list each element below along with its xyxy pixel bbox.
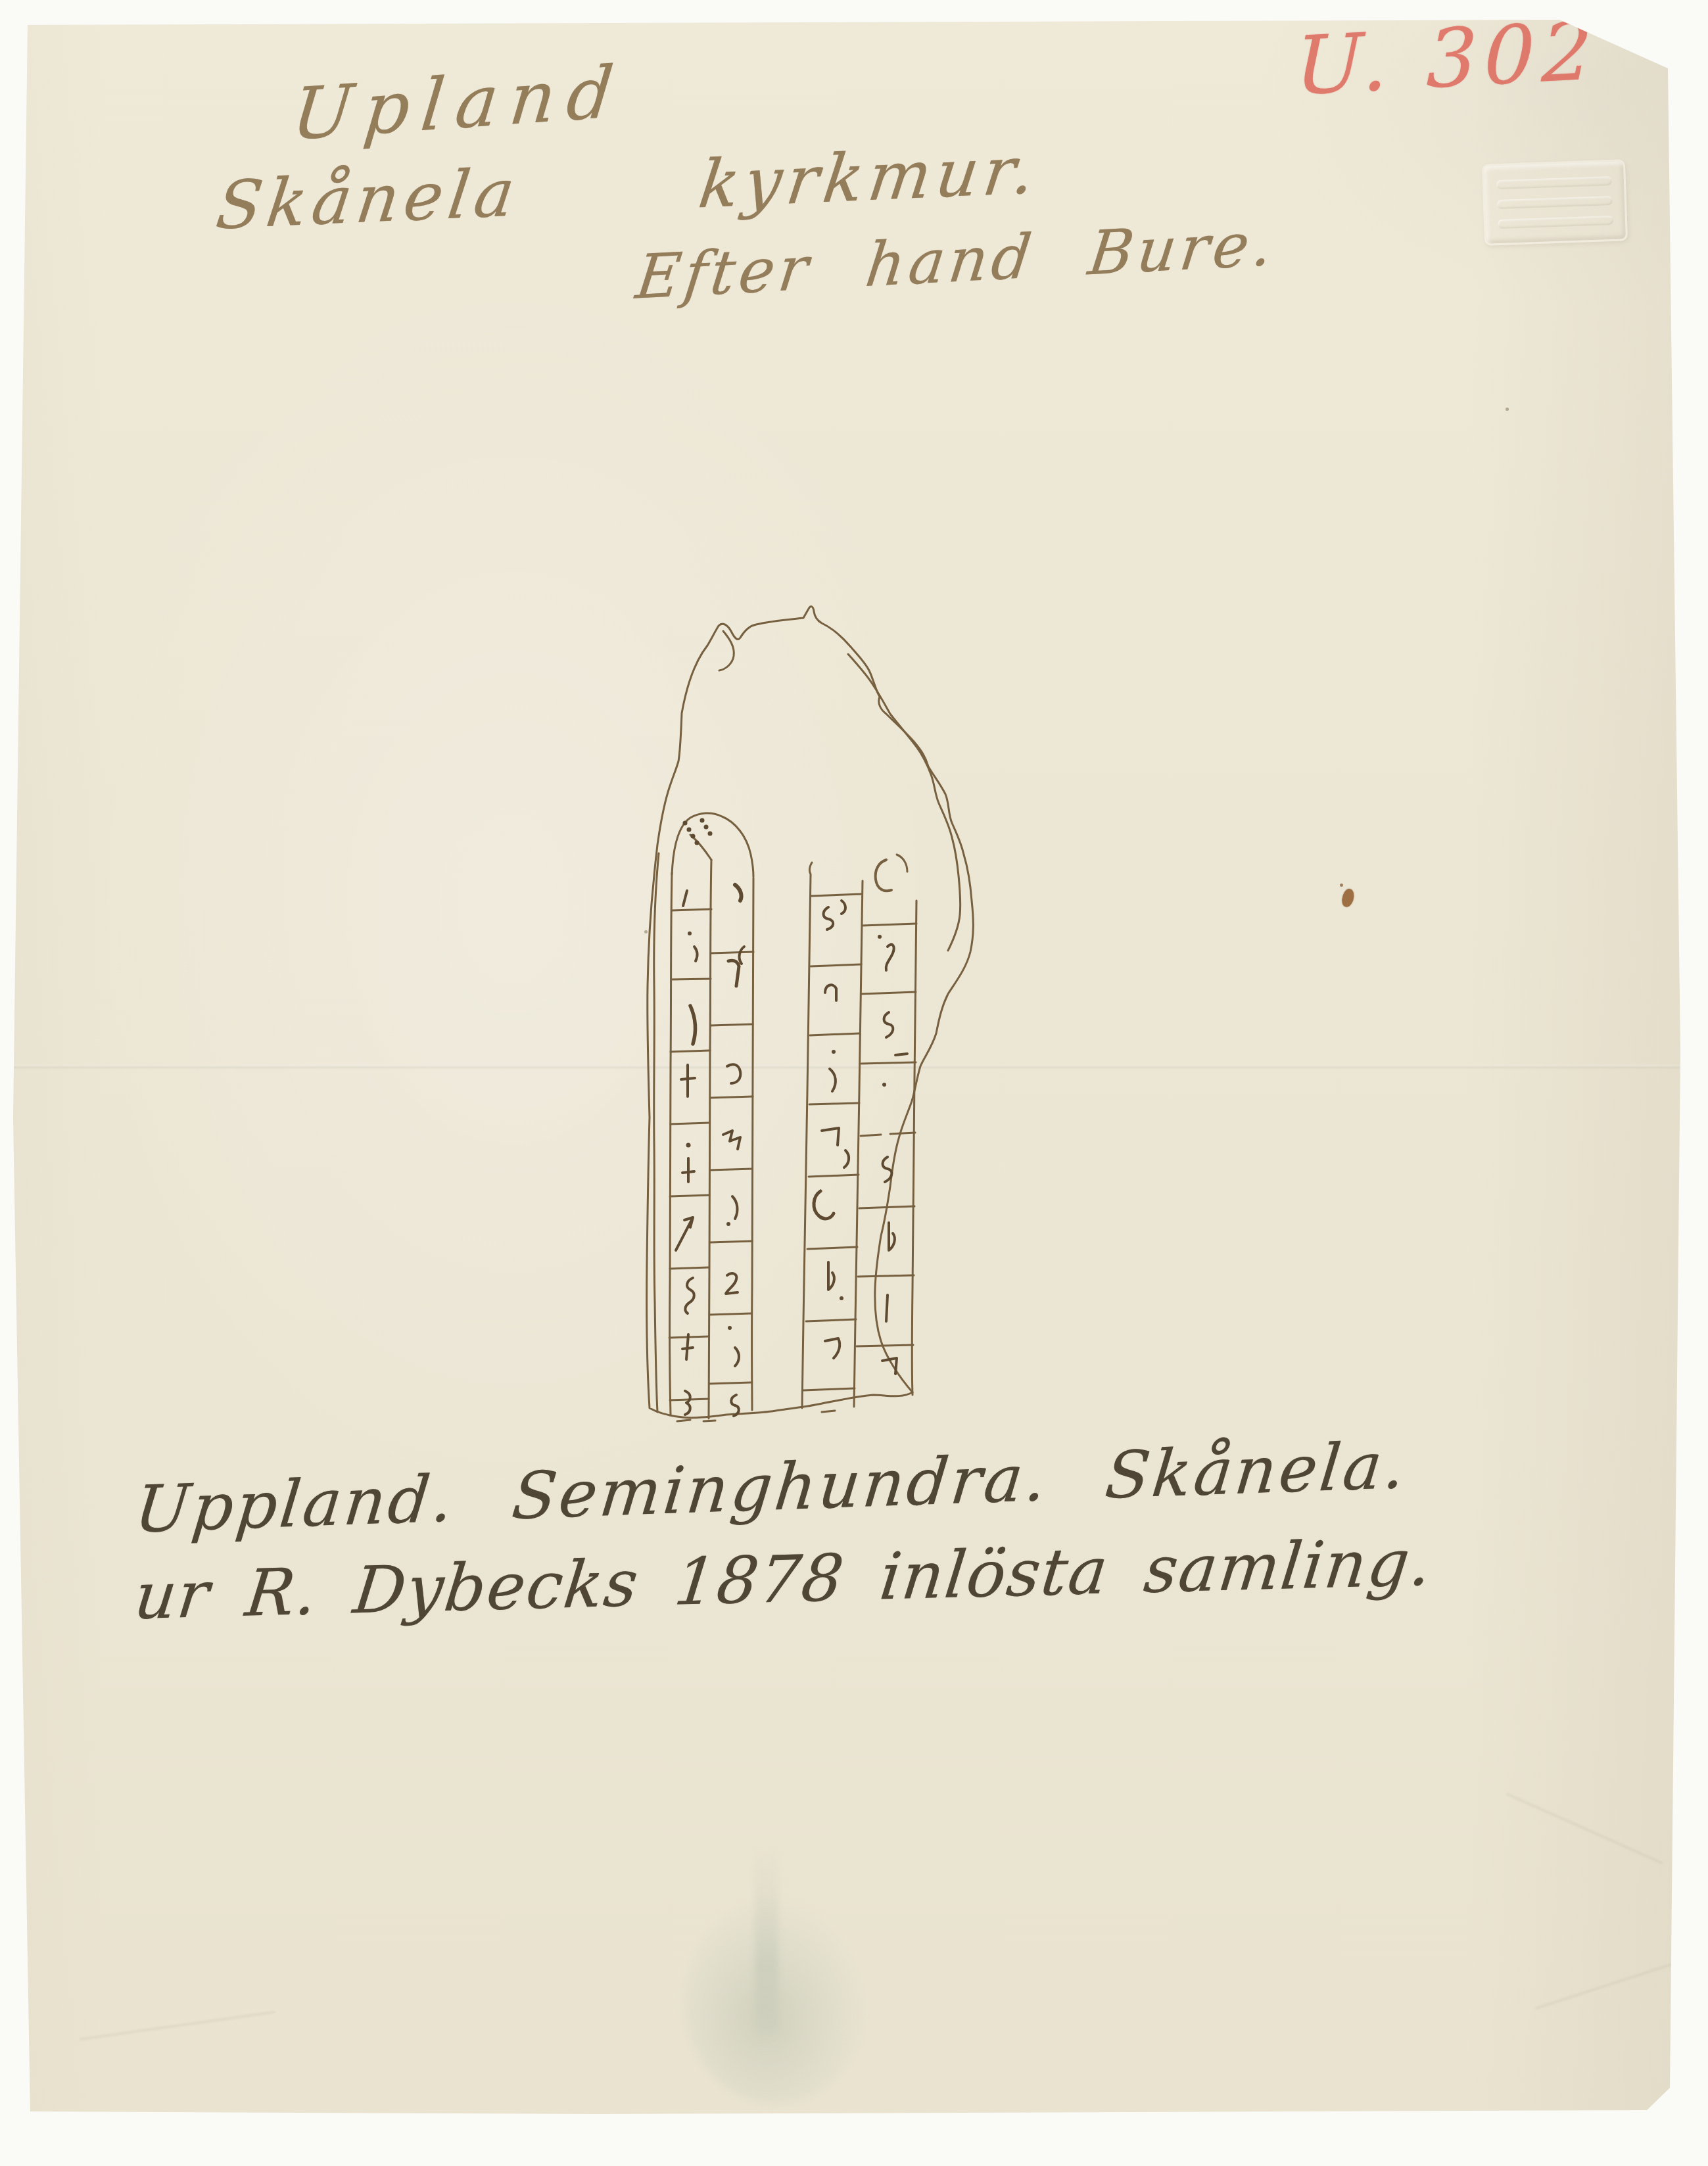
paper-speck [1506,408,1509,411]
left-band-left-col-dividers [669,909,711,1400]
runestone-drawing [625,592,1006,1446]
right-band-runes-right [878,935,907,1374]
left-band-arch-diagonal [690,835,711,860]
right-band-right-edge [912,901,916,1395]
embossed-stamp [1482,159,1628,246]
ink-fleck-dot [1340,883,1343,887]
left-band-left-edge [670,873,672,1415]
right-band-center-line [854,881,863,1407]
stamp-ridge [1497,196,1613,209]
crumple-crease [1535,1963,1673,2010]
stamp-ridge [1496,176,1612,189]
right-band-left-col-dividers [803,894,862,1390]
paper-sheet: Upland Skånela kyrkmur. Efter hand Bure.… [0,0,1708,2166]
right-band-top-curve [897,855,907,872]
caption-line2: ur R. Dybecks 1878 inlösta samling. [131,1525,1436,1634]
top-annotation-line3: Efter hand Bure. [632,208,1281,313]
right-band-top-cap [876,860,891,891]
right-band-runes-left [814,901,849,1358]
archive-number: U. 302 [1295,4,1600,114]
arch-dots [683,818,713,845]
crumple-crease [1506,1793,1663,1864]
stain-streak [755,1847,778,2044]
right-band-left-edge [802,862,812,1408]
left-band-center-line [709,860,711,1419]
left-band-runes-right [723,885,744,1416]
left-band-right-col-dividers [709,952,753,1384]
left-band-outer-contour [654,853,659,1412]
right-band-right-col-dividers [857,924,916,1346]
fragment-top-detail [719,631,734,671]
ink-fleck [1340,887,1356,908]
top-annotation-line1: Upland [289,51,629,157]
stamp-ridge [1498,216,1613,229]
fragment-inner-contour [848,654,961,951]
fragment-outline [647,607,974,1418]
left-band-right-edge [752,878,753,1410]
scanned-archival-document: { "document": { "archive_number": "U. 30… [0,0,1708,2166]
crumple-crease [80,2011,275,2040]
